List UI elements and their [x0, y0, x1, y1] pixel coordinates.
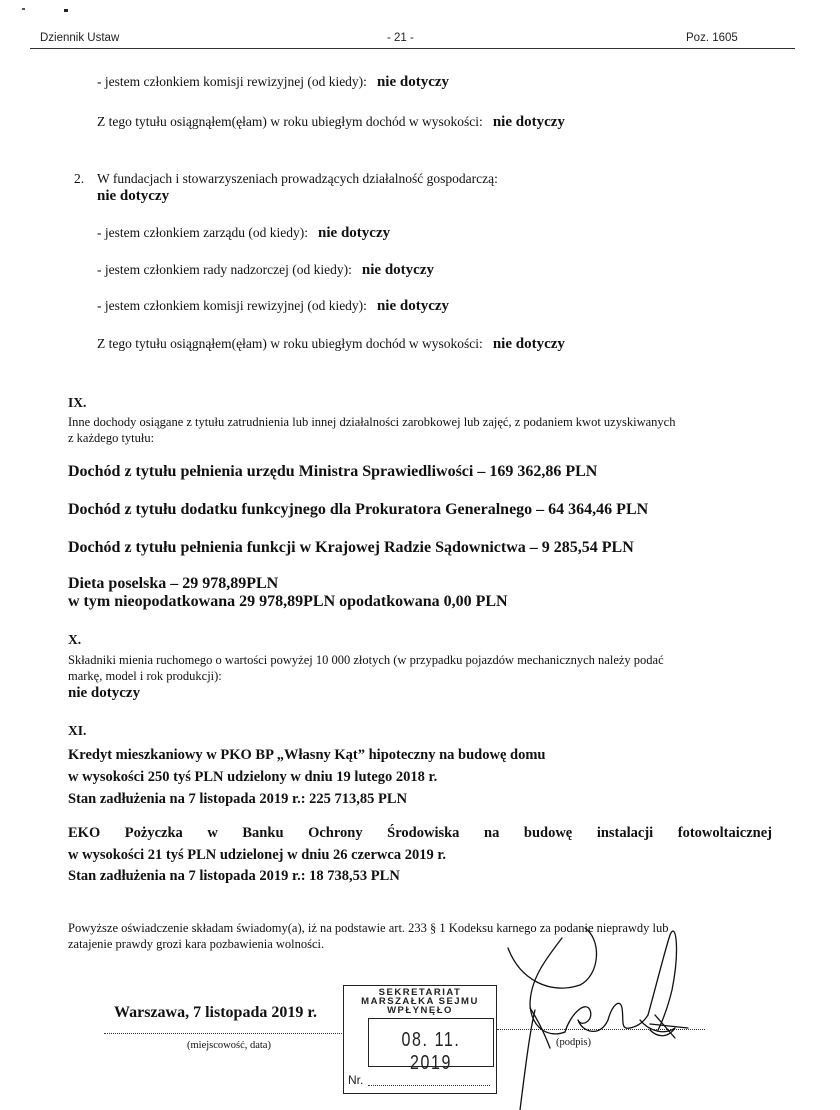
- handwritten-signature-icon: [490, 920, 710, 1110]
- income-judicial-council: Dochód z tytułu pełnienia funkcji w Kraj…: [68, 539, 634, 557]
- stamp-date: 08. 11. 2019: [381, 1029, 480, 1075]
- word: instalacji: [597, 825, 653, 842]
- loan-1-line-1: Kredyt mieszkaniowy w PKO BP „Własny Kąt…: [68, 747, 545, 764]
- section-X-description-1: Składniki mienia ruchomego o wartości po…: [68, 653, 664, 668]
- scan-mark: [22, 8, 25, 10]
- audit-committee-row-2: - jestem członkiem komisji rewizyjnej (o…: [97, 298, 449, 315]
- loan-1-line-2: w wysokości 250 tyś PLN udzielony w dniu…: [68, 769, 437, 786]
- stamp-nr-label: Nr.: [348, 1073, 363, 1087]
- section-IX-heading: IX.: [68, 395, 86, 411]
- header-rule: [30, 48, 795, 49]
- income-value-2: nie dotyczy: [493, 336, 565, 352]
- loan-1-line-3: Stan zadłużenia na 7 listopada 2019 r.: …: [68, 791, 407, 808]
- word: EKO: [68, 825, 100, 842]
- board-member-row: - jestem członkiem zarządu (od kiedy):ni…: [97, 225, 390, 242]
- stamp-nr-dotted-line: [368, 1085, 490, 1086]
- word: w: [207, 825, 217, 842]
- word: Banku: [242, 825, 283, 842]
- loan-2-line-3: Stan zadłużenia na 7 listopada 2019 r.: …: [68, 868, 400, 885]
- income-minister: Dochód z tytułu pełnienia urzędu Ministr…: [68, 463, 597, 481]
- supervisory-board-row: - jestem członkiem rady nadzorczej (od k…: [97, 262, 434, 279]
- income-label-2: Z tego tytułu osiągnąłem(ęłam) w roku ub…: [97, 336, 483, 351]
- income-row: Z tego tytułu osiągnąłem(ęłam) w roku ub…: [97, 114, 565, 131]
- supervisory-board-value: nie dotyczy: [362, 262, 434, 278]
- section-X-heading: X.: [68, 632, 81, 648]
- word: budowę: [524, 825, 572, 842]
- section-XI-heading: XI.: [68, 723, 86, 739]
- supervisory-board-label: - jestem członkiem rady nadzorczej (od k…: [97, 262, 352, 277]
- journal-name: Dziennik Ustaw: [40, 32, 119, 44]
- stamp-header: SEKRETARIAT MARSZAŁKA SEJMU WPŁYNĘŁO: [344, 988, 496, 1015]
- word: Środowiska: [387, 825, 459, 842]
- income-value: nie dotyczy: [493, 114, 565, 130]
- audit-committee-label-2: - jestem członkiem komisji rewizyjnej (o…: [97, 298, 367, 313]
- audit-committee-row: - jestem członkiem komisji rewizyjnej (o…: [97, 74, 449, 91]
- income-prosecutor-general: Dochód z tytułu dodatku funkcyjnego dla …: [68, 501, 648, 519]
- section-X-value: nie dotyczy: [68, 685, 140, 702]
- place-date-dotted-line: [104, 1033, 342, 1034]
- loan-2-line-1: EKO Pożyczka w Banku Ochrony Środowiska …: [68, 825, 772, 842]
- scan-mark: [64, 9, 68, 12]
- position-number: Poz. 1605: [686, 32, 738, 44]
- section-IX-description-1: Inne dochody osiągane z tytułu zatrudnie…: [68, 415, 675, 430]
- word: fotowoltaicznej: [678, 825, 772, 842]
- section-2-number: 2.: [74, 171, 84, 187]
- allowance-line-2: w tym nieopodatkowana 29 978,89PLN opoda…: [68, 593, 508, 611]
- stamp-line-3: WPŁYNĘŁO: [344, 1006, 496, 1015]
- income-row-2: Z tego tytułu osiągnąłem(ęłam) w roku ub…: [97, 336, 565, 353]
- place-date-caption: (miejscowość, data): [187, 1040, 271, 1051]
- audit-committee-value-2: nie dotyczy: [377, 298, 449, 314]
- declaration-line-2: zatajenie prawdy grozi kara pozbawienia …: [68, 937, 324, 952]
- stamp-date-box: 08. 11. 2019: [368, 1018, 494, 1067]
- received-stamp: SEKRETARIAT MARSZAŁKA SEJMU WPŁYNĘŁO 08.…: [343, 985, 497, 1094]
- section-X-description-2: markę, model i rok produkcji):: [68, 669, 222, 684]
- income-label: Z tego tytułu osiągnąłem(ęłam) w roku ub…: [97, 114, 483, 129]
- board-member-label: - jestem członkiem zarządu (od kiedy):: [97, 225, 308, 240]
- page-number: - 21 -: [387, 32, 414, 44]
- word: Pożyczka: [125, 825, 183, 842]
- board-member-value: nie dotyczy: [318, 225, 390, 241]
- section-2-title: W fundacjach i stowarzyszeniach prowadzą…: [97, 171, 498, 187]
- word: na: [484, 825, 499, 842]
- audit-committee-label: - jestem członkiem komisji rewizyjnej (o…: [97, 74, 367, 89]
- section-IX-description-2: z każdego tytułu:: [68, 431, 154, 446]
- word: Ochrony: [308, 825, 363, 842]
- loan-2-line-2: w wysokości 21 tyś PLN udzielonej w dniu…: [68, 847, 446, 864]
- allowance-line-1: Dieta poselska – 29 978,89PLN: [68, 575, 278, 593]
- section-2-value: nie dotyczy: [97, 188, 169, 205]
- place-date: Warszawa, 7 listopada 2019 r.: [114, 1004, 317, 1022]
- audit-committee-value: nie dotyczy: [377, 74, 449, 90]
